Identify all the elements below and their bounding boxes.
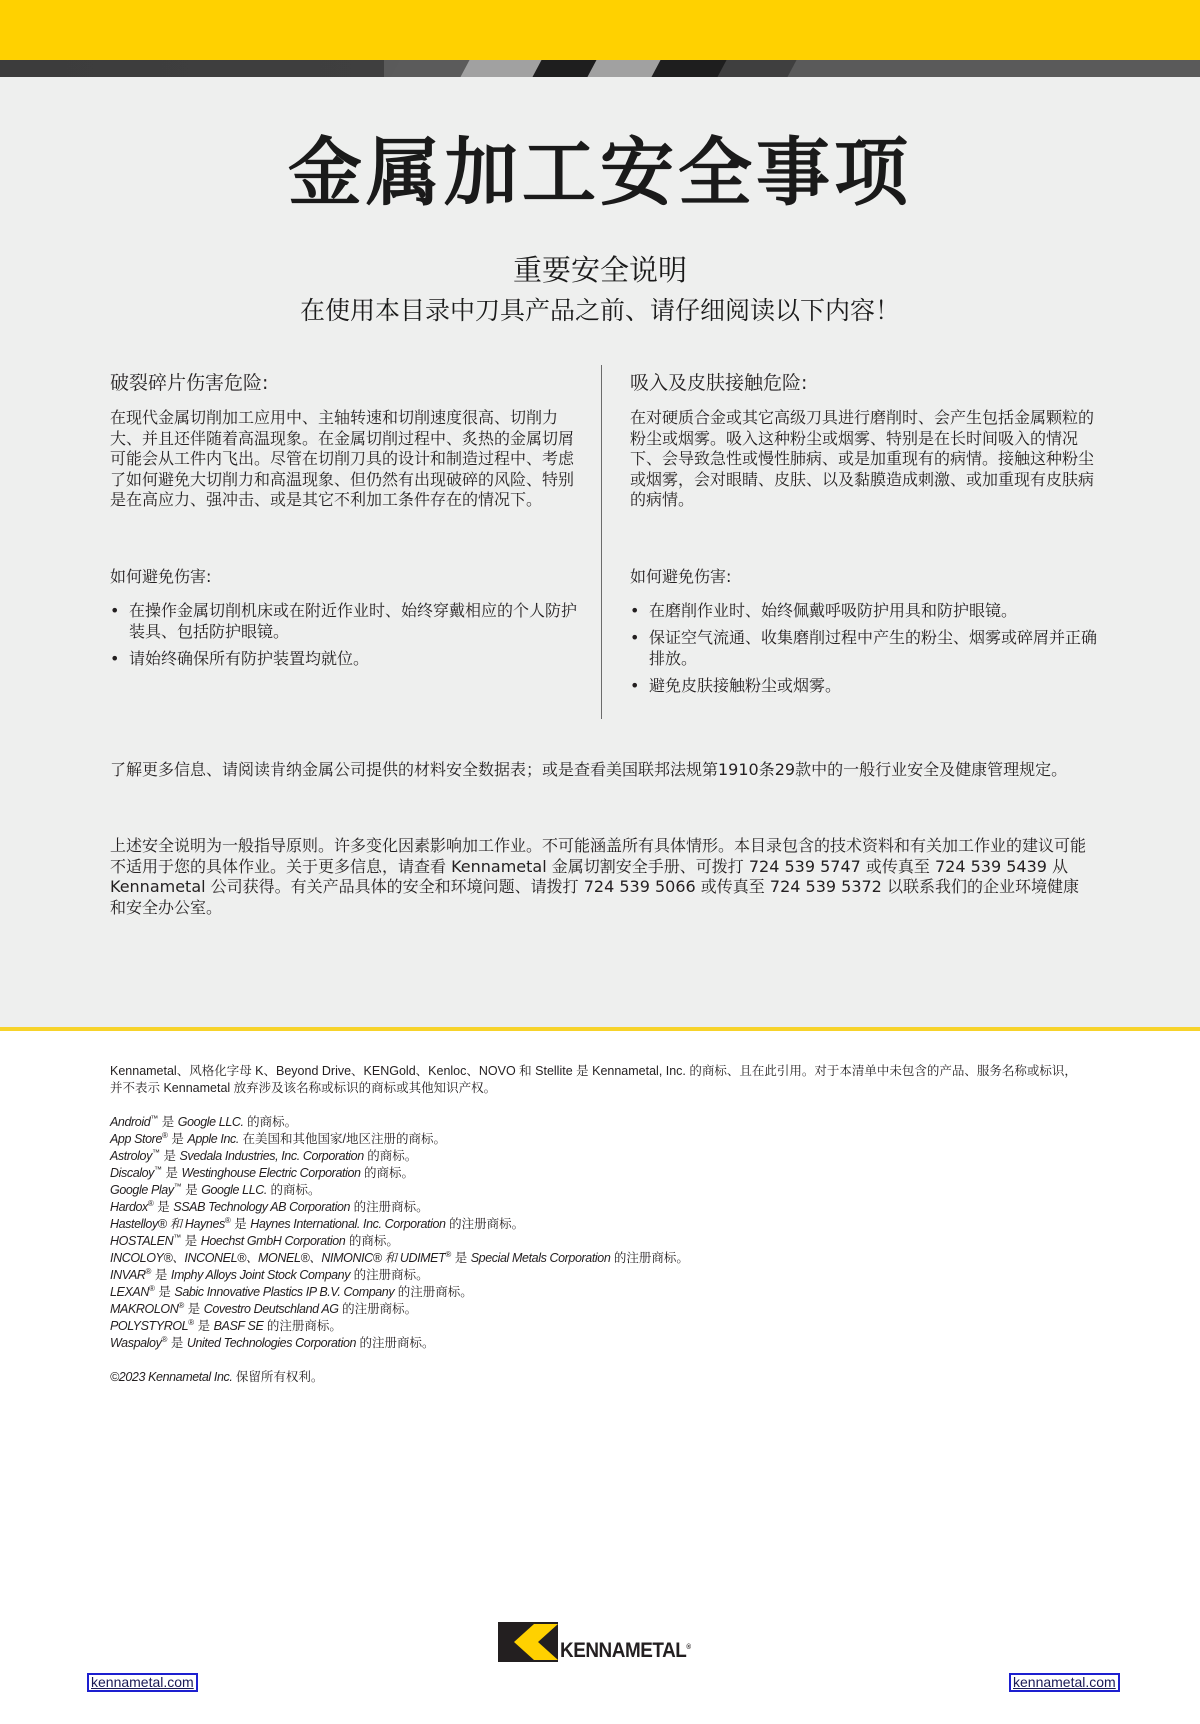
more-info-paragraph: 了解更多信息、请阅读肯纳金属公司提供的材料安全数据表；或是查看美国联邦法规第19… bbox=[110, 760, 1090, 781]
list-item: •在磨削作业时、始终佩戴呼吸防护用具和防护眼镜。 bbox=[630, 600, 1100, 621]
logo-wordmark: KENNAMETAL® bbox=[560, 1637, 691, 1662]
trademark-item: Android™ 是 Google LLC. 的商标。 bbox=[110, 1114, 1090, 1131]
inhalation-hazard-heading: 吸入及皮肤接触危险: bbox=[630, 370, 1100, 396]
page-title: 金属加工安全事项 bbox=[0, 128, 1200, 218]
avoid-injury-list: •在磨削作业时、始终佩戴呼吸防护用具和防护眼镜。 •保证空气流通、收集磨削过程中… bbox=[630, 600, 1100, 702]
disclaimer-paragraph: 上述安全说明为一般指导原则。许多变化因素影响加工作业。不可能涵盖所有具体情形。本… bbox=[110, 836, 1090, 918]
website-link-right[interactable]: kennametal.com bbox=[1009, 1673, 1120, 1692]
trademark-item: App Store® 是 Apple Inc. 在美国和其他国家/地区注册的商标… bbox=[110, 1131, 1090, 1148]
inhalation-hazard-column: 吸入及皮肤接触危险: 在对硬质合金或其它高级刀具进行磨削时、会产生包括金属颗粒的… bbox=[630, 370, 1100, 511]
bullet-icon: • bbox=[630, 627, 639, 648]
trademark-item: Hastelloy® 和 Haynes® 是 Haynes Internatio… bbox=[110, 1216, 1090, 1233]
avoid-injury-heading: 如何避免伤害: bbox=[630, 566, 731, 588]
section-yellow-rule bbox=[0, 1027, 1200, 1031]
read-instruction: 在使用本目录中刀具产品之前、请仔细阅读以下内容！ bbox=[0, 294, 1200, 328]
list-item: •在操作金属切削机床或在附近作业时、始终穿戴相应的个人防护装具、包括防护眼镜。 bbox=[110, 600, 580, 642]
trademark-item: Discaloy™ 是 Westinghouse Electric Corpor… bbox=[110, 1165, 1090, 1182]
list-item: •请始终确保所有防护装置均就位。 bbox=[110, 648, 580, 669]
trademark-intro: Kennametal、风格化字母 K、Beyond Drive、KENGold、… bbox=[110, 1063, 1090, 1097]
copyright-notice: ©2023 Kennametal Inc. 保留所有权利。 bbox=[110, 1369, 1090, 1386]
list-item: •保证空气流通、收集磨削过程中产生的粉尘、烟雾或碎屑并正确排放。 bbox=[630, 627, 1100, 669]
trademark-item: Google Play™ 是 Google LLC. 的商标。 bbox=[110, 1182, 1090, 1199]
trademark-list: Android™ 是 Google LLC. 的商标。 App Store® 是… bbox=[110, 1114, 1090, 1352]
fragment-hazard-column: 破裂碎片伤害危险: 在现代金属切削加工应用中、主轴转速和切削速度很高、切削力大、… bbox=[110, 370, 580, 511]
trademark-intro-line-2: 并不表示 Kennametal 放弃涉及该名称或标识的商标或其他知识产权。 bbox=[110, 1080, 1090, 1097]
header-stripe-bar bbox=[0, 60, 1200, 77]
fragment-hazard-heading: 破裂碎片伤害危险: bbox=[110, 370, 580, 396]
trademark-item: HOSTALEN™ 是 Hoechst GmbH Corporation 的商标… bbox=[110, 1233, 1090, 1250]
trademark-item: MAKROLON® 是 Covestro Deutschland AG 的注册商… bbox=[110, 1301, 1090, 1318]
bullet-icon: • bbox=[110, 600, 119, 621]
website-link-left[interactable]: kennametal.com bbox=[87, 1673, 198, 1692]
trademark-item: Waspaloy® 是 United Technologies Corporat… bbox=[110, 1335, 1090, 1352]
trademark-item: LEXAN® 是 Sabic Innovative Plastics IP B.… bbox=[110, 1284, 1090, 1301]
fragment-hazard-body: 在现代金属切削加工应用中、主轴转速和切削速度很高、切削力大、并且还伴随着高温现象… bbox=[110, 408, 580, 511]
trademark-item: INVAR® 是 Imphy Alloys Joint Stock Compan… bbox=[110, 1267, 1090, 1284]
bullet-icon: • bbox=[630, 600, 639, 621]
bullet-icon: • bbox=[110, 648, 119, 669]
header-yellow-bar bbox=[0, 0, 1200, 60]
trademark-item: Hardox® 是 SSAB Technology AB Corporation… bbox=[110, 1199, 1090, 1216]
trademark-intro-line-1: Kennametal、风格化字母 K、Beyond Drive、KENGold、… bbox=[110, 1063, 1090, 1080]
avoid-injury-list: •在操作金属切削机床或在附近作业时、始终穿戴相应的个人防护装具、包括防护眼镜。 … bbox=[110, 600, 580, 675]
bullet-icon: • bbox=[630, 675, 639, 696]
k-logo-icon bbox=[498, 1622, 558, 1662]
trademark-item: INCOLOY®、INCONEL®、MONEL®、NIMONIC® 和 UDIM… bbox=[110, 1250, 1090, 1267]
section-subtitle: 重要安全说明 bbox=[0, 252, 1200, 288]
avoid-injury-heading: 如何避免伤害: bbox=[110, 566, 211, 588]
trademark-item: Astroloy™ 是 Svedala Industries, Inc. Cor… bbox=[110, 1148, 1090, 1165]
inhalation-hazard-body: 在对硬质合金或其它高级刀具进行磨削时、会产生包括金属颗粒的粉尘或烟雾。吸入这种粉… bbox=[630, 408, 1100, 511]
column-divider bbox=[601, 365, 602, 719]
trademark-item: POLYSTYROL® 是 BASF SE 的注册商标。 bbox=[110, 1318, 1090, 1335]
kennametal-logo: KENNAMETAL® bbox=[498, 1620, 704, 1662]
list-item: •避免皮肤接触粉尘或烟雾。 bbox=[630, 675, 1100, 696]
